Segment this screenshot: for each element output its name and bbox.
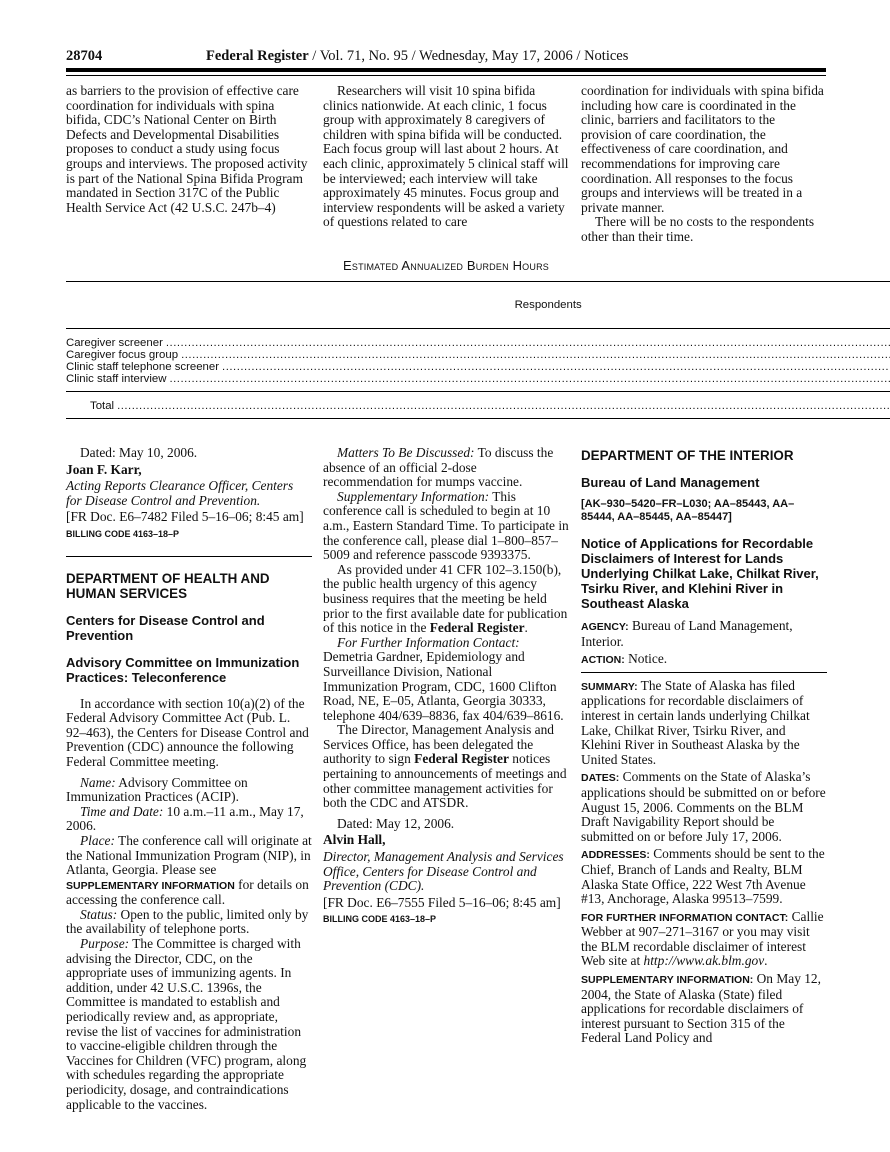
- paragraph: There will be no costs to the respondent…: [581, 215, 827, 244]
- matters-paragraph: Matters To Be Discussed: To discuss the …: [323, 446, 569, 490]
- addresses-paragraph: ADDRESSES: Comments should be sent to th…: [581, 847, 827, 906]
- website-link[interactable]: http://www.ak.blm.gov: [644, 953, 765, 968]
- paragraph: Researchers will visit 10 spina bifida c…: [323, 84, 569, 230]
- delegation-paragraph: The Director, Management Analysis and Se…: [323, 723, 569, 811]
- text: .: [525, 620, 528, 635]
- purpose-paragraph: Purpose: The Committee is charged with a…: [66, 937, 312, 1112]
- notice-title: Notice of Applications for Recordable Di…: [581, 536, 827, 611]
- text: The Committee is charged with advising t…: [66, 936, 306, 1112]
- top-col1: as barriers to the provision of effectiv…: [66, 84, 312, 215]
- total-label-cell: Total: [66, 392, 890, 419]
- column-header: Respondents: [66, 282, 890, 329]
- label: Purpose:: [80, 936, 129, 951]
- respondent-label: Clinic staff telephone screener: [66, 361, 222, 373]
- total-row: Total...................................…: [66, 392, 890, 419]
- burden-hours-table: Respondents Number of respondents Number…: [66, 281, 890, 419]
- text: .: [764, 953, 767, 968]
- leader-dots: [117, 400, 890, 412]
- respondent-cell: Clinic staff interview: [66, 373, 890, 392]
- col2-lower: Matters To Be Discussed: To discuss the …: [323, 446, 569, 927]
- table-header-row: Respondents Number of respondents Number…: [66, 282, 890, 329]
- table-row: Caregiver screener100115/6025: [66, 329, 890, 350]
- table-row: Caregiver focus group8012160: [66, 349, 890, 361]
- label: ADDRESSES:: [581, 849, 650, 861]
- billing-code: BILLING CODE 4163–18–P: [66, 527, 312, 542]
- leader-dots: [169, 373, 890, 385]
- section-divider: [66, 556, 312, 557]
- notice-title: Advisory Committee on Immunization Pract…: [66, 655, 312, 685]
- agency-paragraph: AGENCY: Bureau of Land Management, Inter…: [581, 619, 827, 649]
- agency-heading: Centers for Disease Control and Preventi…: [66, 613, 312, 643]
- label: Place:: [80, 833, 115, 848]
- top-col2: Researchers will visit 10 spina bifida c…: [323, 84, 569, 230]
- text: Notice.: [625, 651, 667, 666]
- respondent-cell: Caregiver screener: [66, 329, 890, 350]
- publication-ref: Federal Register: [430, 620, 525, 635]
- leader-dots: [166, 337, 890, 349]
- table-row: Clinic staff interview50145/6038: [66, 373, 890, 392]
- label: Name:: [80, 775, 116, 790]
- contact-paragraph: For Further Information Contact: Demetri…: [323, 636, 569, 724]
- dated-line: Dated: May 12, 2006.: [323, 817, 569, 832]
- col3-lower: DEPARTMENT OF THE INTERIOR Bureau of Lan…: [581, 448, 827, 1046]
- respondent-label: Caregiver focus group: [66, 349, 181, 361]
- label: For Further Information Contact:: [337, 635, 520, 650]
- respondent-label: Clinic staff interview: [66, 373, 169, 385]
- supplementary-paragraph: SUPPLEMENTARY INFORMATION: On May 12, 20…: [581, 972, 827, 1046]
- publication-name: Federal Register: [206, 48, 309, 64]
- respondent-label: Caregiver screener: [66, 337, 166, 349]
- billing-code: BILLING CODE 4163–18–P: [323, 912, 569, 927]
- col1-lower: Dated: May 10, 2006. Joan F. Karr, Actin…: [66, 446, 312, 1112]
- contact-paragraph: FOR FURTHER INFORMATION CONTACT: Callie …: [581, 910, 827, 969]
- paragraph: as barriers to the provision of effectiv…: [66, 84, 312, 215]
- label: AGENCY:: [581, 621, 629, 633]
- label: ACTION:: [581, 654, 625, 666]
- supplementary-paragraph: Supplementary Information: This conferen…: [323, 490, 569, 563]
- dates-paragraph: DATES: Comments on the State of Alaska’s…: [581, 770, 827, 844]
- top-col3: coordination for individuals with spina …: [581, 84, 827, 245]
- department-heading: DEPARTMENT OF HEALTH AND HUMAN SERVICES: [66, 571, 312, 601]
- respondent-cell: Caregiver focus group: [66, 349, 890, 361]
- label: Supplementary Information:: [337, 489, 489, 504]
- label: Time and Date:: [80, 804, 163, 819]
- fr-doc-line: [FR Doc. E6–7555 Filed 5–16–06; 8:45 am]: [323, 896, 569, 911]
- header-rule-thin: [66, 75, 826, 76]
- table-title: Estimated Annualized Burden Hours: [66, 258, 826, 273]
- volume-issue: / Vol. 71, No. 95 / Wednesday, May 17, 2…: [309, 48, 629, 64]
- intro-paragraph: In accordance with section 10(a)(2) of t…: [66, 697, 312, 770]
- header-rule-thick: [66, 68, 826, 72]
- leader-dots: [181, 349, 890, 361]
- signer-title: Acting Reports Clearance Officer, Center…: [66, 479, 312, 508]
- place-paragraph: Place: The conference call will originat…: [66, 834, 312, 908]
- fr-doc-line: [FR Doc. E6–7482 Filed 5–16–06; 8:45 am]: [66, 510, 312, 525]
- summary-paragraph: SUMMARY: The State of Alaska has filed a…: [581, 679, 827, 768]
- label: Status:: [80, 907, 117, 922]
- label: FOR FURTHER INFORMATION CONTACT:: [581, 912, 788, 924]
- publication-ref: Federal Register: [414, 751, 509, 766]
- page-number: 28704: [66, 48, 102, 65]
- label: SUMMARY:: [581, 681, 638, 693]
- time-paragraph: Time and Date: 10 a.m.–11 a.m., May 17, …: [66, 805, 312, 834]
- respondent-cell: Clinic staff telephone screener: [66, 361, 890, 373]
- signer-name: Alvin Hall,: [323, 833, 569, 848]
- running-header: 28704 Federal Register / Vol. 71, No. 95…: [66, 48, 826, 68]
- label: DATES:: [581, 772, 619, 784]
- docket-number: [AK–930–5420–FR–L030; AA–85443, AA–85444…: [581, 498, 827, 524]
- signer-title: Director, Management Analysis and Servic…: [323, 850, 569, 894]
- dated-line: Dated: May 10, 2006.: [66, 446, 312, 461]
- leader-dots: [222, 361, 890, 373]
- cross-reference: SUPPLEMENTARY INFORMATION: [66, 880, 235, 892]
- action-paragraph: ACTION: Notice.: [581, 652, 827, 668]
- paragraph: coordination for individuals with spina …: [581, 84, 827, 215]
- name-paragraph: Name: Advisory Committee on Immunization…: [66, 776, 312, 805]
- signer-name: Joan F. Karr,: [66, 463, 312, 478]
- urgency-paragraph: As provided under 41 CFR 102–3.150(b), t…: [323, 563, 569, 636]
- label: Matters To Be Discussed:: [337, 445, 475, 460]
- table-row: Clinic staff telephone screener55110/609: [66, 361, 890, 373]
- bureau-heading: Bureau of Land Management: [581, 475, 827, 490]
- text: Demetria Gardner, Epidemiology and Surve…: [323, 649, 564, 722]
- publication-line: Federal Register / Vol. 71, No. 95 / Wed…: [206, 48, 628, 65]
- total-label: Total: [90, 400, 117, 412]
- status-paragraph: Status: Open to the public, limited only…: [66, 908, 312, 937]
- department-heading: DEPARTMENT OF THE INTERIOR: [581, 448, 827, 463]
- section-divider: [581, 672, 827, 673]
- label: SUPPLEMENTARY INFORMATION:: [581, 974, 753, 986]
